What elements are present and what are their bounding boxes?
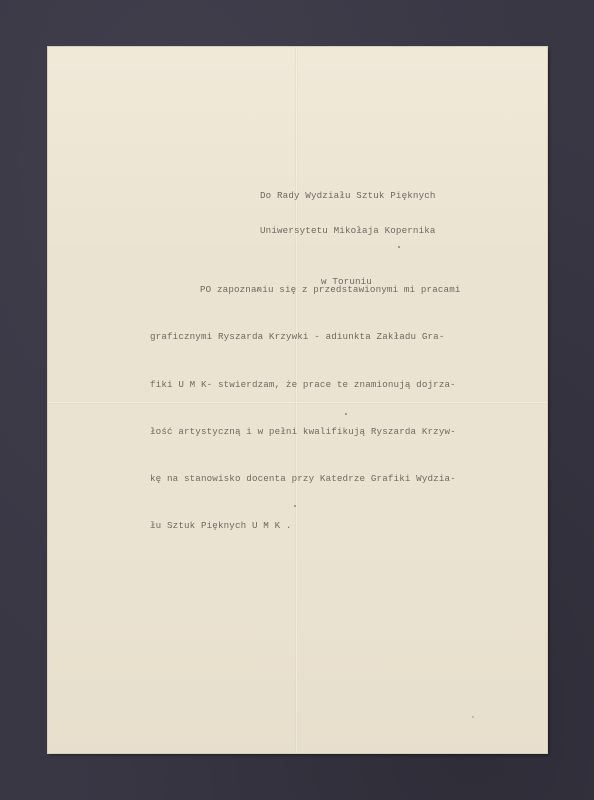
body-line-6: łu Sztuk Pięknych U M K .: [150, 514, 461, 537]
addressee-line-2: Uniwersytetu Mikołaja Kopernika: [260, 225, 436, 236]
ink-speck: [345, 413, 347, 415]
body-line-5: kę na stanowisko docenta przy Katedrze G…: [150, 467, 461, 490]
addressee-line-1: Do Rady Wydziału Sztuk Pięknych: [260, 190, 436, 201]
ink-speck: [294, 505, 296, 507]
body-line-4: łość artystyczną i w pełni kwalifikują R…: [150, 420, 461, 443]
ink-speck: [398, 246, 400, 248]
ink-speck: [472, 716, 474, 718]
letter-body: PO zapoznaniu się z przedstawionymi mi p…: [150, 254, 461, 562]
body-line-1: PO zapoznaniu się z przedstawionymi mi p…: [150, 278, 461, 301]
letter-sheet: Do Rady Wydziału Sztuk Pięknych Uniwersy…: [48, 47, 547, 753]
body-line-2: graficznymi Ryszarda Krzywki - adiunkta …: [150, 325, 461, 348]
body-line-3: fiki U M K- stwierdzam, że prace te znam…: [150, 373, 461, 396]
insertion-mark: ^: [256, 287, 261, 296]
